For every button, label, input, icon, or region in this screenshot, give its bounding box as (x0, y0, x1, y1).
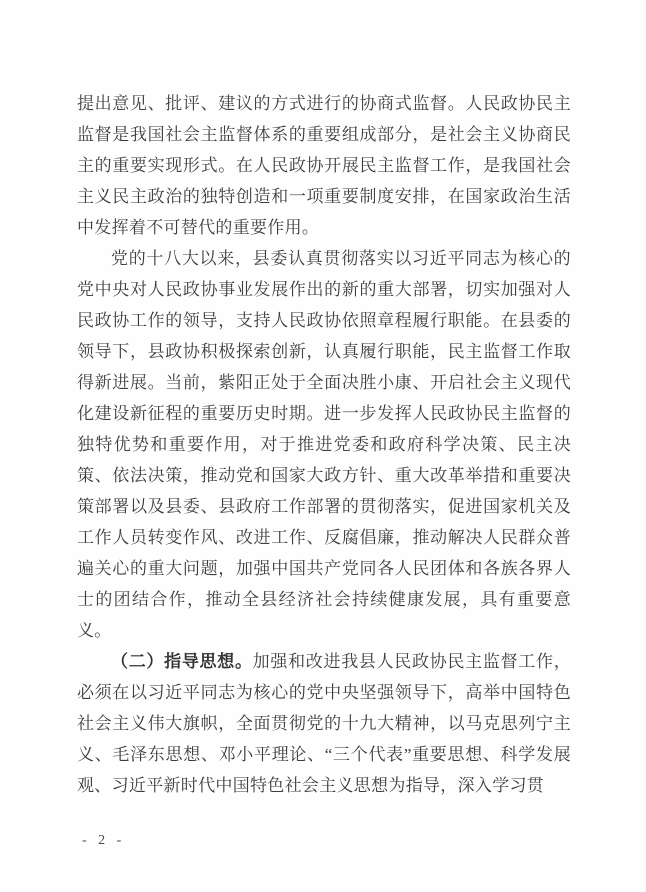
section-heading-bold: （二）指导思想。 (111, 652, 253, 671)
paragraph-since-18th-congress: 党的十八大以来，县委认真贯彻落实以习近平同志为核心的党中央对人民政协事业发展作出… (77, 243, 571, 646)
paragraph-text: 党的十八大以来，县委认真贯彻落实以习近平同志为核心的党中央对人民政协事业发展作出… (77, 249, 571, 640)
paragraph-text: 提出意见、批评、建议的方式进行的协商式监督。人民政协民主监督是我国社会主监督体系… (77, 94, 571, 237)
document-body: 提出意见、批评、建议的方式进行的协商式监督。人民政协民主监督是我国社会主监督体系… (77, 88, 571, 801)
page-number: - 2 - (82, 831, 125, 851)
paragraph-text: 加强和改进我县人民政协民主监督工作，必须在以习近平同志为核心的党中央坚强领导下，… (77, 652, 571, 795)
paragraph-continuation: 提出意见、批评、建议的方式进行的协商式监督。人民政协民主监督是我国社会主监督体系… (77, 88, 571, 243)
paragraph-guiding-thought: （二）指导思想。加强和改进我县人民政协民主监督工作，必须在以习近平同志为核心的党… (77, 646, 571, 801)
document-page: 提出意见、批评、建议的方式进行的协商式监督。人民政协民主监督是我国社会主监督体系… (0, 0, 646, 892)
